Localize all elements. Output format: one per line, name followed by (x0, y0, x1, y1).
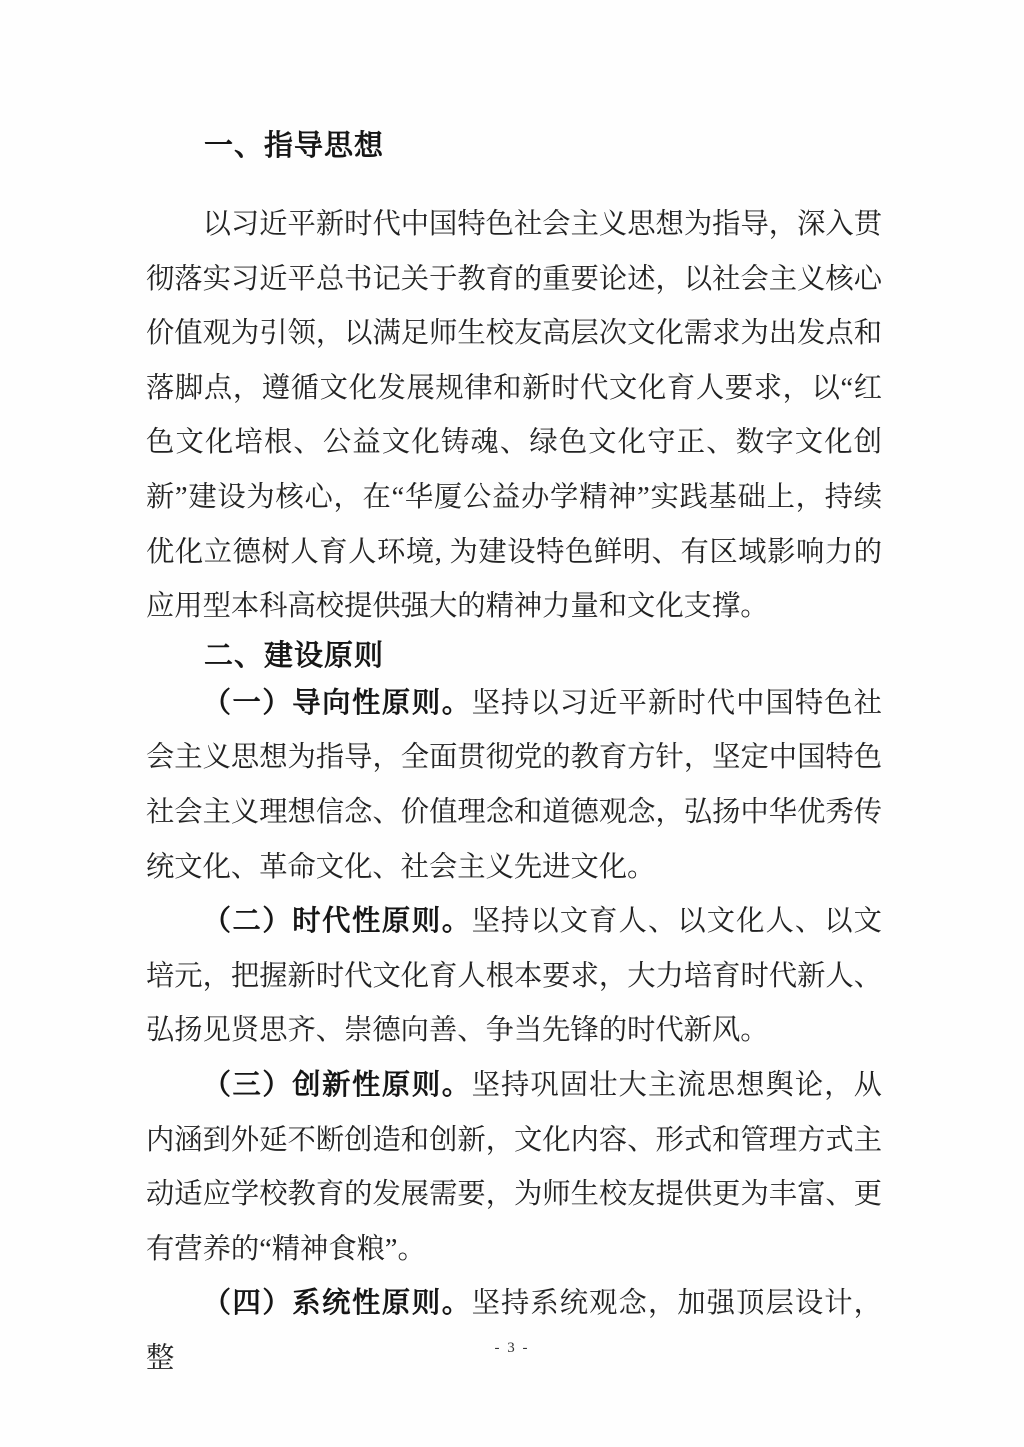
paragraph-principle-1: （一）导向性原则。坚持以习近平新时代中国特色社会主义思想为指导，全面贯彻党的教育… (146, 677, 882, 895)
principle-4-label: （四）系统性原则。 (203, 1288, 472, 1319)
document-page: 一、指导思想 以习近平新时代中国特色社会主义思想为指导，深入贯彻落实习近平总书记… (0, 0, 1024, 1447)
document-content: 一、指导思想 以习近平新时代中国特色社会主义思想为指导，深入贯彻落实习近平总书记… (146, 125, 882, 1386)
paragraph-principle-4: （四）系统性原则。坚持系统观念，加强顶层设计，整 (146, 1277, 882, 1386)
principle-2-label: （二）时代性原则。 (203, 906, 472, 937)
section-heading-construction-principles: 二、建设原则 (146, 635, 882, 677)
section-heading-guiding-ideology: 一、指导思想 (146, 125, 882, 167)
paragraph-principle-3: （三）创新性原则。坚持巩固壮大主流思想舆论，从内涵到外延不断创造和创新，文化内容… (146, 1059, 882, 1277)
principle-3-label: （三）创新性原则。 (203, 1070, 472, 1101)
paragraph-principle-2: （二）时代性原则。坚持以文育人、以文化人、以文培元，把握新时代文化育人根本要求，… (146, 895, 882, 1059)
principle-1-label: （一）导向性原则。 (203, 688, 472, 719)
paragraph-guiding-ideology: 以习近平新时代中国特色社会主义思想为指导，深入贯彻落实习近平总书记关于教育的重要… (146, 198, 882, 635)
page-number: - 3 - (0, 1340, 1024, 1357)
